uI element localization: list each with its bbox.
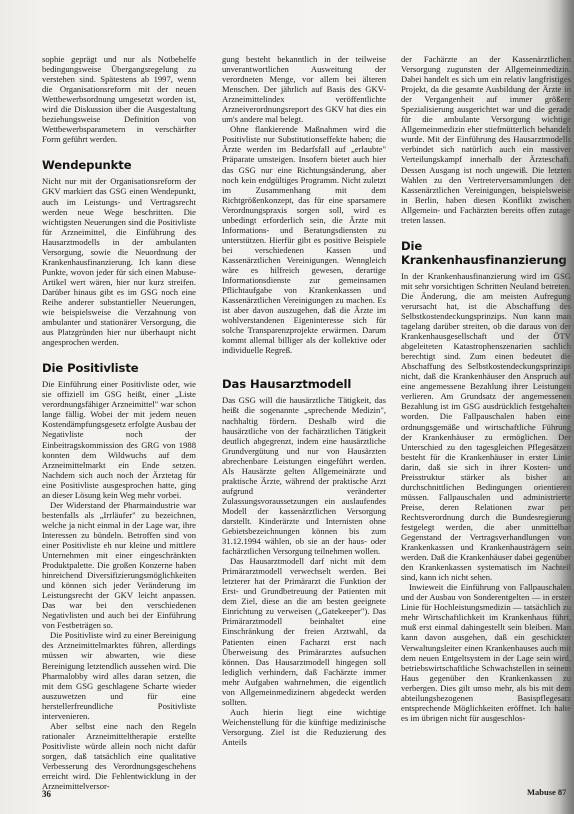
paragraph: Aber selbst eine nach den Regeln rationa…: [42, 721, 196, 791]
paragraph: Ohne flankierende Maßnahmen wird die Pos…: [222, 124, 386, 355]
text-column-3: der Fachärzte an der Kassenärztlichen Ve…: [401, 54, 571, 723]
paragraph: sophie geprägt und nur als Notbehelfe be…: [42, 54, 196, 144]
section-heading-krankenhausfinanzierung: Die Krankenhausfinanzierung: [401, 239, 571, 267]
paragraph: In der Krankenhausfinanzierung wird im G…: [401, 271, 571, 582]
paragraph: der Fachärzte an der Kassenärztlichen Ve…: [401, 54, 571, 225]
paragraph: Die Positivliste wird zu einer Bereinigu…: [42, 630, 196, 720]
paragraph: Auch hierin liegt eine wichtige Weichens…: [222, 707, 386, 747]
paragraph: Das Hausarztmodell darf nicht mit dem Pr…: [222, 556, 386, 707]
paragraph: Nicht nur mit der Organisationsreform de…: [42, 176, 196, 347]
paragraph: Inwieweit die Einführung von Fallpauscha…: [401, 582, 571, 723]
page-fold-shadow: [560, 0, 574, 814]
paragraph: gung besteht bekanntlich in der teilweis…: [222, 54, 386, 124]
paragraph: Die Einführung einer Positivliste oder, …: [42, 379, 196, 500]
paragraph: Der Widerstand der Pharmaindustrie war b…: [42, 500, 196, 631]
section-heading-hausarztmodell: Das Hausarztmodell: [222, 377, 386, 391]
paragraph: Das GSG will die hausärztliche Tätigkeit…: [222, 395, 386, 556]
section-heading-positivliste: Die Positivliste: [42, 361, 196, 375]
magazine-page: sophie geprägt und nur als Notbehelfe be…: [0, 0, 574, 814]
text-column-1: sophie geprägt und nur als Notbehelfe be…: [42, 54, 196, 791]
text-column-2: gung besteht bekanntlich in der teilweis…: [222, 54, 386, 747]
section-heading-wendepunkte: Wendepunkte: [42, 158, 196, 172]
page-number: 36: [42, 789, 51, 799]
